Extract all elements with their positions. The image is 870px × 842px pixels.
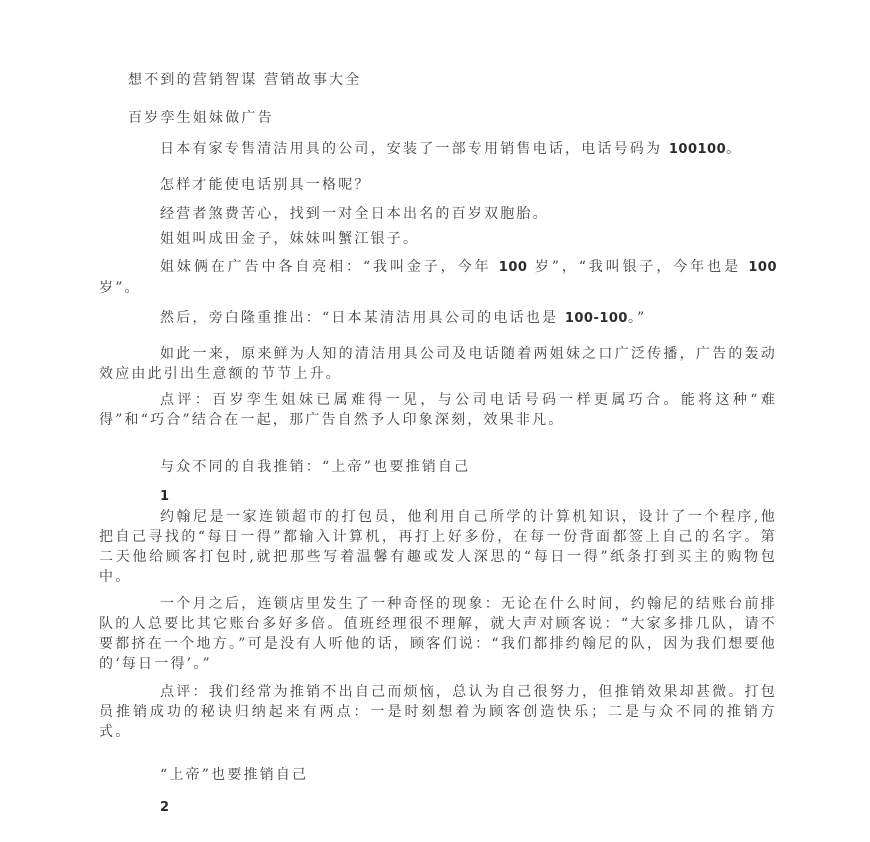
- number-text: 1: [160, 489, 170, 504]
- number-text: 100-100: [565, 311, 628, 326]
- number-text: 100100: [669, 142, 726, 157]
- paragraph: 姐姐叫成田金子，妹妹叫蟹江银子。: [99, 229, 777, 249]
- section-number: 1: [99, 486, 777, 507]
- paragraph: 经营者煞费苦心，找到一对全日本出名的百岁双胞胎。: [99, 204, 777, 224]
- document-page: 想不到的营销智谋 营销故事大全百岁孪生姐妹做广告日本有家专售清洁用具的公司，安装…: [0, 0, 870, 842]
- paragraph: 然后，旁白隆重推出：“日本某清洁用具公司的电话也是 100-100。”: [99, 308, 777, 329]
- paragraph: 点评：我们经常为推销不出自己而烦恼，总认为自己很努力，但推销效果却甚微。打包员推…: [99, 682, 777, 742]
- paragraph: 点评：百岁孪生姐妹已属难得一见，与公司电话号码一样更属巧合。能将这种“难得”和“…: [99, 390, 777, 430]
- paragraph: 如此一来，原来鲜为人知的清洁用具公司及电话随着两姐妹之口广泛传播，广告的轰动效应…: [99, 344, 777, 384]
- document-body: 想不到的营销智谋 营销故事大全百岁孪生姐妹做广告日本有家专售清洁用具的公司，安装…: [99, 70, 777, 818]
- sub-heading: “上帝”也要推销自己: [99, 765, 777, 785]
- paragraph: 日本有家专售清洁用具的公司，安装了一部专用销售电话，电话号码为 100100。: [99, 139, 777, 160]
- paragraph: 一个月之后，连锁店里发生了一种奇怪的现象：无论在什么时间，约翰尼的结账台前排队的…: [99, 594, 777, 674]
- document-title-line: 百岁孪生姐妹做广告: [128, 108, 777, 128]
- section-heading: 与众不同的自我推销：“上帝”也要推销自己: [99, 457, 777, 477]
- document-title-line: 想不到的营销智谋 营销故事大全: [128, 70, 777, 90]
- number-text: 100: [748, 260, 777, 275]
- section-number: 2: [99, 797, 777, 818]
- number-text: 100: [499, 260, 528, 275]
- paragraph: 约翰尼是一家连锁超市的打包员，他利用自己所学的计算机知识，设计了一个程序,他把自…: [99, 507, 777, 587]
- paragraph: 姐妹俩在广告中各自亮相：“我叫金子，今年 100 岁”，“我叫银子，今年也是 1…: [99, 257, 777, 298]
- paragraph: 怎样才能使电话别具一格呢？: [99, 175, 777, 195]
- number-text: 2: [160, 800, 170, 815]
